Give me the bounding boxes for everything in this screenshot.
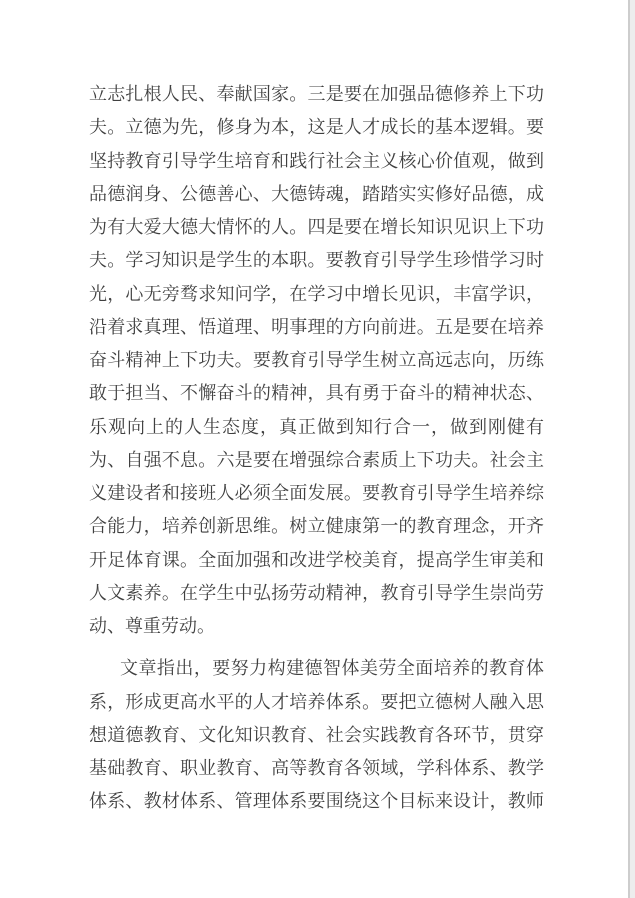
paragraph: 文章指出，要努力构建德智体美劳全面培养的教育体系，形成更高水平的人才培养体系。要…	[89, 652, 544, 818]
document-page: 立志扎根人民、奉献国家。三是要在加强品德修养上下功夫。立德为先，修身为本，这是人…	[0, 0, 635, 898]
text-body: 立志扎根人民、奉献国家。三是要在加强品德修养上下功夫。立德为先，修身为本，这是人…	[89, 78, 544, 819]
text-line: 为、自强不息。六是要在增强综合素质上下功夫。社会主	[89, 444, 544, 477]
text-line: 品德润身、公德善心、大德铸魂，踏踏实实修好品德，成	[89, 178, 544, 211]
text-line: 想道德教育、文化知识教育、社会实践教育各环节，贯穿	[89, 719, 544, 752]
text-line: 开足体育课。全面加强和改进学校美育，提高学生审美和	[89, 544, 544, 577]
text-line: 合能力，培养创新思维。树立健康第一的教育理念，开齐	[89, 510, 544, 543]
text-line: 坚持教育引导学生培育和践行社会主义核心价值观，做到	[89, 145, 544, 178]
text-line: 光，心无旁骛求知问学，在学习中增长见识，丰富学识，	[89, 278, 544, 311]
text-line: 乐观向上的人生态度，真正做到知行合一，做到刚健有	[89, 411, 544, 444]
text-line: 基础教育、职业教育、高等教育各领域，学科体系、教学	[89, 752, 544, 785]
paragraph: 立志扎根人民、奉献国家。三是要在加强品德修养上下功夫。立德为先，修身为本，这是人…	[89, 78, 544, 643]
text-line: 夫。学习知识是学生的本职。要教育引导学生珍惜学习时	[89, 244, 544, 277]
text-line: 系，形成更高水平的人才培养体系。要把立德树人融入思	[89, 686, 544, 719]
text-line: 动、尊重劳动。	[89, 610, 544, 643]
text-line: 沿着求真理、悟道理、明事理的方向前进。五是要在培养	[89, 311, 544, 344]
text-line: 人文素养。在学生中弘扬劳动精神，教育引导学生崇尚劳	[89, 577, 544, 610]
text-line: 体系、教材体系、管理体系要围绕这个目标来设计，教师	[89, 785, 544, 818]
text-line: 义建设者和接班人必须全面发展。要教育引导学生培养综	[89, 477, 544, 510]
page-right-edge	[628, 0, 635, 898]
text-line: 夫。立德为先，修身为本，这是人才成长的基本逻辑。要	[89, 111, 544, 144]
text-line: 文章指出，要努力构建德智体美劳全面培养的教育体	[89, 652, 544, 685]
text-line: 立志扎根人民、奉献国家。三是要在加强品德修养上下功	[89, 78, 544, 111]
text-line: 为有大爱大德大情怀的人。四是要在增长知识见识上下功	[89, 211, 544, 244]
text-line: 奋斗精神上下功夫。要教育引导学生树立高远志向，历练	[89, 344, 544, 377]
text-line: 敢于担当、不懈奋斗的精神，具有勇于奋斗的精神状态、	[89, 377, 544, 410]
